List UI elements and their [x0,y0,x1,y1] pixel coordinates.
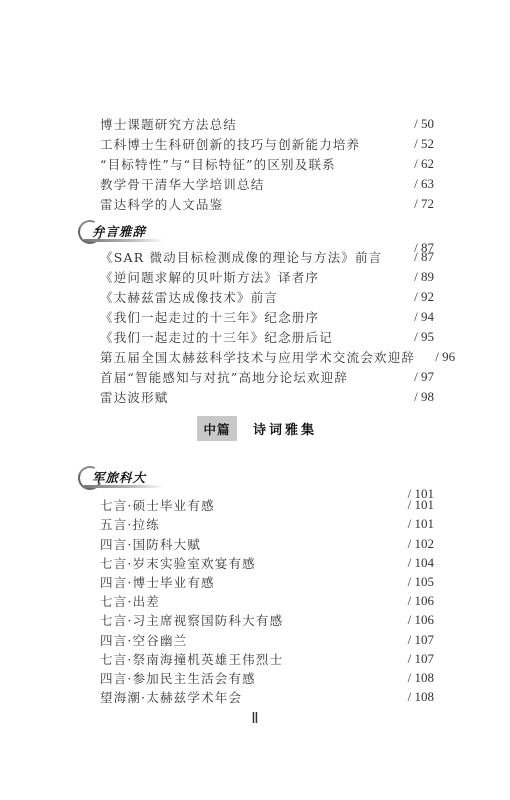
entry-title: 《逆问题求解的贝叶斯方法》译者序 [100,268,319,286]
entry-page: / 108 [394,689,434,705]
part-title: 诗词雅集 [253,419,317,438]
toc-page: 博士课题研究方法总结 / 50 工科博士生科研创新的技巧与创新能力培养 / 52… [0,0,510,800]
entry-title: 《SAR 微动目标检测成像的理论与方法》前言 [100,248,382,266]
section-heading: 弁言雅辞 / 87 [78,220,438,244]
toc-entry: 四言·国防科大赋 / 102 [100,534,434,554]
entry-page: / 89 [394,269,434,285]
entry-title: 博士课题研究方法总结 [100,115,237,133]
entry-title: 雷达波形赋 [100,388,169,406]
page-number: Ⅱ [0,709,510,728]
entry-title: 教学骨干清华大学培训总结 [100,175,264,193]
entry-page: / 98 [394,389,434,405]
toc-entry: 教学骨干清华大学培训总结 / 63 [100,174,434,194]
entry-title: “目标特性”与“目标特征”的区别及联系 [100,155,336,173]
toc-entry: 七言·岁末实验室欢宴有感 / 104 [100,553,434,573]
entry-title: 《太赫兹雷达成像技术》前言 [100,288,278,306]
entry-page: / 105 [394,574,434,590]
entry-page: / 92 [394,289,434,305]
entry-title: 七言·出差 [100,592,160,610]
entry-title: 七言·习主席视察国防科大有感 [100,611,283,629]
part-label: 中篇 [197,416,237,441]
toc-entry: 《太赫兹雷达成像技术》前言 / 92 [100,287,434,307]
entry-page: / 95 [394,329,434,345]
toc-entry: 《SAR 微动目标检测成像的理论与方法》前言 / 87 [100,247,434,267]
entry-page: / 107 [394,632,434,648]
toc-entry: 雷达波形赋 / 98 [100,387,434,407]
toc-entry: 望海潮·太赫兹学术年会 / 108 [100,687,434,707]
toc-entry: 七言·硕士毕业有感 / 101 [100,495,434,515]
toc-entry: 首届“智能感知与对抗”高地分论坛欢迎辞 / 97 [100,367,434,387]
entry-page: / 104 [394,555,434,571]
toc-entry: 《我们一起走过的十三年》纪念册后记 / 95 [100,327,434,347]
toc-entry: 博士课题研究方法总结 / 50 [100,114,434,134]
entry-page: / 52 [394,136,434,152]
toc-entry: 七言·出差 / 106 [100,591,434,611]
entry-title: 《我们一起走过的十三年》纪念册后记 [100,328,333,346]
toc-entry: “目标特性”与“目标特征”的区别及联系 / 62 [100,154,434,174]
entry-title: 七言·岁末实验室欢宴有感 [100,554,256,572]
section-title: 军旅科大 [92,468,146,486]
entry-title: 《我们一起走过的十三年》纪念册序 [100,308,319,326]
entry-page: / 107 [394,651,434,667]
entry-page: / 96 [415,349,455,365]
entry-page: / 97 [394,369,434,385]
entry-title: 七言·硕士毕业有感 [100,496,215,514]
toc-entry: 四言·参加民主生活会有感 / 108 [100,668,434,688]
entry-page: / 101 [394,497,434,513]
entry-page: / 106 [394,593,434,609]
entry-title: 雷达科学的人文品鉴 [100,195,223,213]
section-title: 弁言雅辞 [92,222,146,240]
toc-entry: 七言·祭南海撞机英雄王伟烈士 / 107 [100,649,434,669]
entry-page: / 87 [394,249,434,265]
entry-title: 四言·博士毕业有感 [100,573,215,591]
toc-entry: 四言·空谷幽兰 / 107 [100,630,434,650]
entry-title: 首届“智能感知与对抗”高地分论坛欢迎辞 [100,368,348,386]
toc-entry: 第五届全国太赫兹科学技术与应用学术交流会欢迎辞 / 96 [100,347,434,367]
entry-page: / 62 [394,156,434,172]
entry-page: / 50 [394,116,434,132]
entry-title: 工科博士生科研创新的技巧与创新能力培养 [100,135,360,153]
section-heading: 军旅科大 / 101 [78,466,438,490]
toc-entry: 五言·拉练 / 101 [100,514,434,534]
part-heading: 中篇 诗词雅集 [197,416,317,441]
entry-page: / 102 [394,536,434,552]
entry-title: 四言·国防科大赋 [100,535,201,553]
entry-title: 第五届全国太赫兹科学技术与应用学术交流会欢迎辞 [100,348,415,366]
entry-title: 望海潮·太赫兹学术年会 [100,688,242,706]
entry-title: 四言·参加民主生活会有感 [100,669,256,687]
entry-page: / 106 [394,612,434,628]
toc-entry: 四言·博士毕业有感 / 105 [100,572,434,592]
entry-title: 七言·祭南海撞机英雄王伟烈士 [100,650,283,668]
entry-title: 四言·空谷幽兰 [100,631,187,649]
entry-page: / 94 [394,309,434,325]
toc-entry: 雷达科学的人文品鉴 / 72 [100,194,434,214]
entry-page: / 72 [394,196,434,212]
entry-page: / 101 [394,516,434,532]
toc-entry: 工科博士生科研创新的技巧与创新能力培养 / 52 [100,134,434,154]
toc-entry: 七言·习主席视察国防科大有感 / 106 [100,610,434,630]
entry-page: / 108 [394,670,434,686]
entry-title: 五言·拉练 [100,515,160,533]
toc-entry: 《我们一起走过的十三年》纪念册序 / 94 [100,307,434,327]
toc-entry: 《逆问题求解的贝叶斯方法》译者序 / 89 [100,267,434,287]
entry-page: / 63 [394,176,434,192]
